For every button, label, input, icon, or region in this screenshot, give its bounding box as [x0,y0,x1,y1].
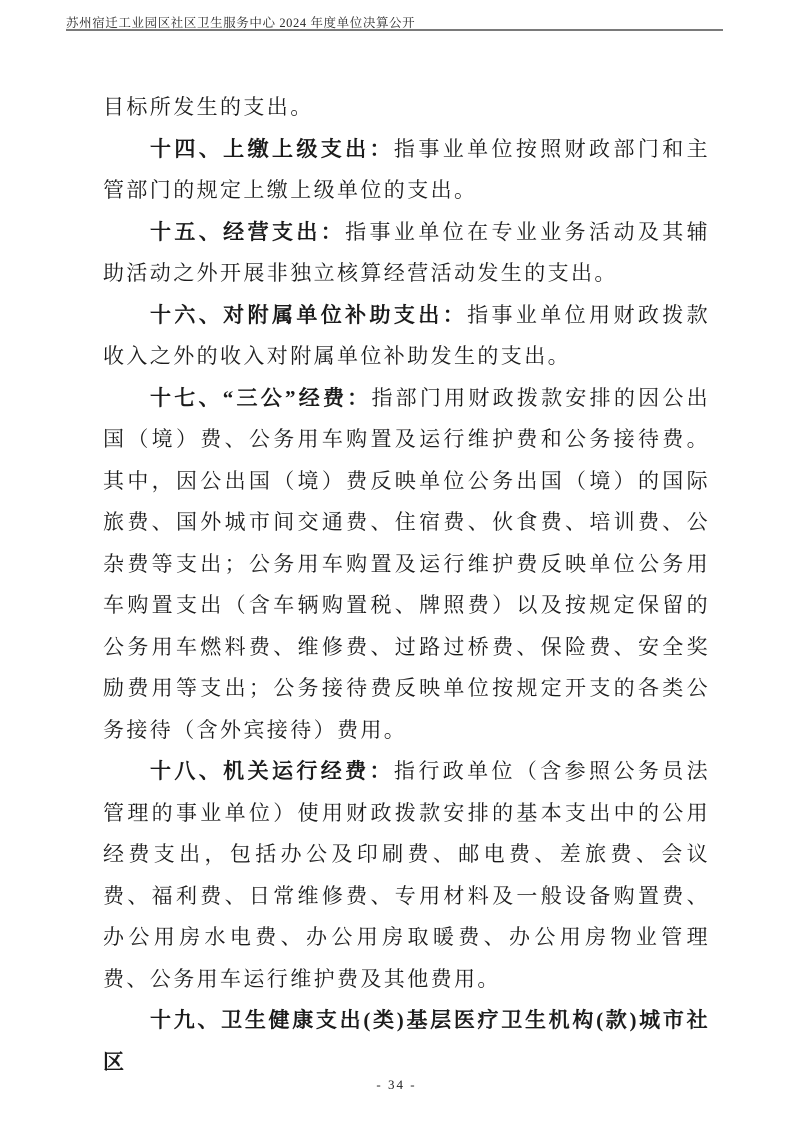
paragraph-text: 指部门用财政拨款安排的因公出国（境）费、公务用车购置及运行维护费和公务接待费。其… [103,386,710,742]
page-number: - 34 - [376,1077,416,1092]
header-rule [66,29,723,31]
paragraph-lead: 十九、卫生健康支出(类)基层医疗卫生机构(款)城市社区 [103,1008,710,1074]
paragraph: 十八、机关运行经费：指行政单位（含参照公务员法管理的事业单位）使用财政拨款安排的… [103,751,710,1000]
paragraph-lead: 十四、上缴上级支出： [150,137,394,161]
paragraph-text: 指行政单位（含参照公务员法管理的事业单位）使用财政拨款安排的基本支出中的公用经费… [103,759,710,991]
paragraph: 十九、卫生健康支出(类)基层医疗卫生机构(款)城市社区 [103,1000,710,1083]
paragraph-lead: 十七、“三公”经费： [150,386,371,410]
paragraph-lead: 十八、机关运行经费： [150,759,394,783]
paragraph: 十五、经营支出：指事业单位在专业业务活动及其辅助活动之外开展非独立核算经营活动发… [103,212,710,295]
paragraph-text: 目标所发生的支出。 [103,95,314,119]
document-page: 苏州宿迁工业园区社区卫生服务中心 2024 年度单位决算公开 目标所发生的支出。… [0,0,793,1122]
document-body: 目标所发生的支出。 十四、上缴上级支出：指事业单位按照财政部门和主管部门的规定上… [103,87,710,1083]
paragraph-lead: 十五、经营支出： [150,220,345,244]
paragraph: 十七、“三公”经费：指部门用财政拨款安排的因公出国（境）费、公务用车购置及运行维… [103,378,710,752]
paragraph: 十四、上缴上级支出：指事业单位按照财政部门和主管部门的规定上缴上级单位的支出。 [103,129,710,212]
paragraph-lead: 十六、对附属单位补助支出： [150,303,467,327]
page-footer: - 34 - [0,1076,793,1094]
paragraph: 十六、对附属单位补助支出：指事业单位用财政拨款收入之外的收入对附属单位补助发生的… [103,295,710,378]
paragraph: 目标所发生的支出。 [103,87,710,129]
